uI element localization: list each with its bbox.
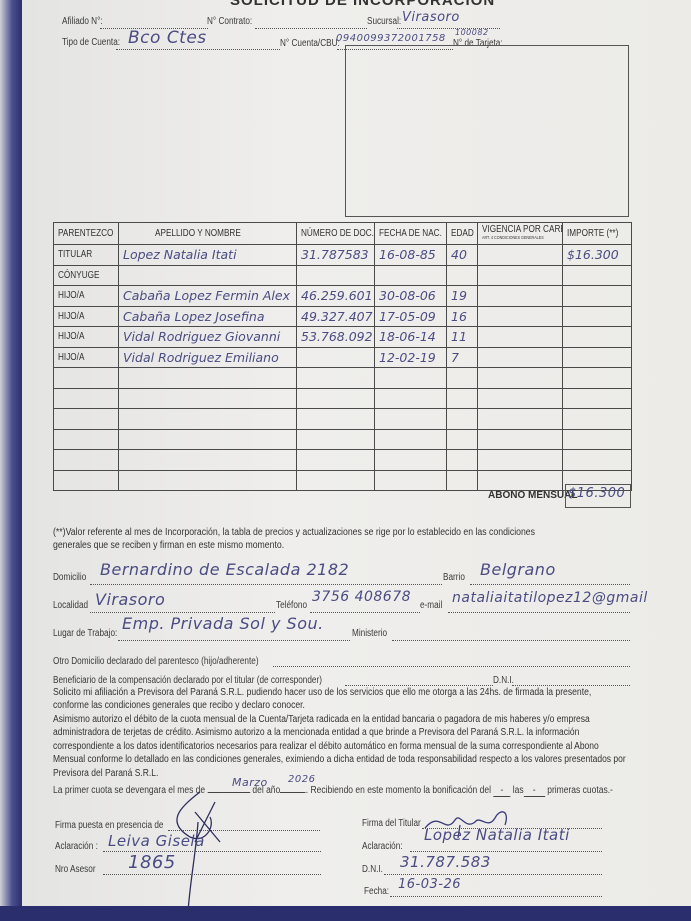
cell-nac[interactable] xyxy=(375,450,447,471)
cell-vigencia[interactable] xyxy=(478,347,563,368)
tipo-cuenta-label: Tipo de Cuenta: xyxy=(62,37,120,48)
localidad-field[interactable] xyxy=(90,612,275,613)
sucursal-value: Virasoro xyxy=(402,10,460,25)
cell-nac[interactable]: 12-02-19 xyxy=(375,347,447,368)
cell-doc[interactable] xyxy=(297,429,375,450)
dni-label: D.N.I. xyxy=(362,864,383,875)
cell-parentezco: HIJO/A xyxy=(54,306,119,327)
localidad-label: Localidad xyxy=(53,600,88,611)
cell-vigencia[interactable] xyxy=(478,306,563,327)
asesor-field[interactable] xyxy=(103,874,321,875)
trabajo-value: Emp. Privada Sol y Sou. xyxy=(122,614,324,633)
cell-edad[interactable]: 16 xyxy=(447,306,478,327)
email-value: nataliaitatilopez12@gmail xyxy=(452,590,648,606)
telefono-value: 3756 408678 xyxy=(312,589,411,605)
table-row: HIJO/ACabaña Lopez Fermin Alex46.259.601… xyxy=(54,286,632,307)
cell-nombre[interactable] xyxy=(119,368,297,389)
asesor-label: Nro Asesor xyxy=(55,864,96,875)
cell-nombre[interactable]: Cabaña Lopez Josefina xyxy=(119,306,297,327)
table-row: CÓNYUGE xyxy=(54,265,632,286)
cuota-text-3: . Recibiendo en este momento la bonifica… xyxy=(306,785,491,796)
col-parentezco: PARENTEZCO xyxy=(54,223,119,245)
cell-doc[interactable]: 46.259.601 xyxy=(297,286,375,307)
col-nombre: APELLIDO Y NOMBRE xyxy=(119,223,297,245)
cuota-text-5: primeras cuotas.- xyxy=(547,785,613,796)
cell-parentezco: HIJO/A xyxy=(54,327,119,348)
cuota-mes-value: Marzo xyxy=(232,776,268,789)
tipo-cuenta-value: Bco Ctes xyxy=(128,28,207,48)
otro-domicilio-label: Otro Domicilio declarado del parentesco … xyxy=(53,656,259,667)
fecha-field[interactable] xyxy=(390,896,602,897)
cell-vigencia[interactable] xyxy=(478,327,563,348)
table-row xyxy=(54,388,632,409)
cuota-anio-field[interactable] xyxy=(280,792,306,793)
cell-parentezco xyxy=(54,388,119,409)
aclaracion2-label: Aclaración: xyxy=(362,841,403,852)
bonificacion-field[interactable]: - xyxy=(493,785,510,797)
table-row: TITULARLopez Natalia Itati31.78758316-08… xyxy=(54,245,632,266)
dni-value: 31.787.583 xyxy=(400,853,491,871)
table-row: HIJO/AVidal Rodriguez Emiliano12-02-197 xyxy=(54,347,632,368)
cell-nac[interactable] xyxy=(375,265,447,286)
cell-doc[interactable]: 31.787583 xyxy=(297,245,375,266)
cell-nombre[interactable] xyxy=(119,409,297,430)
fecha-value: 16-03-26 xyxy=(398,877,461,892)
cell-doc[interactable] xyxy=(297,470,375,491)
cell-doc[interactable] xyxy=(297,388,375,409)
cuota-line: La primer cuota se devengara el mes de d… xyxy=(53,785,613,797)
cell-nombre[interactable]: Cabaña Lopez Fermin Alex xyxy=(119,286,297,307)
asesor-value: 1865 xyxy=(128,852,176,873)
cell-nombre[interactable] xyxy=(119,388,297,409)
contrato-field[interactable] xyxy=(255,28,367,29)
cell-importe[interactable] xyxy=(563,450,632,471)
cell-edad[interactable]: 19 xyxy=(447,286,478,307)
cell-edad[interactable] xyxy=(447,470,478,491)
col-vigencia: VIGENCIA POR CARENCIAART. 4 CONDICIONES … xyxy=(478,223,563,245)
aclaracion2-value: Lopez Natalia Itati xyxy=(424,826,570,844)
cell-edad[interactable] xyxy=(447,450,478,471)
cuota-anio-value: 2026 xyxy=(288,774,315,785)
aclaracion-label: Aclaración : xyxy=(55,841,98,852)
cell-parentezco: HIJO/A xyxy=(54,347,119,368)
cell-edad[interactable] xyxy=(447,409,478,430)
cell-doc[interactable] xyxy=(297,409,375,430)
otro-domicilio-field[interactable] xyxy=(273,666,630,667)
background-surface xyxy=(0,906,691,921)
cell-importe[interactable]: $16.300 xyxy=(563,245,632,266)
dni-field[interactable] xyxy=(384,874,602,875)
cell-importe[interactable] xyxy=(563,347,632,368)
family-table: PARENTEZCO APELLIDO Y NOMBRE NÚMERO DE D… xyxy=(53,222,632,491)
contrato-label: N° Contrato: xyxy=(207,16,252,27)
table-row xyxy=(54,409,632,430)
cell-nombre[interactable] xyxy=(119,265,297,286)
cell-edad[interactable]: 40 xyxy=(447,245,478,266)
cuota-text-4: las xyxy=(513,785,524,796)
table-row: HIJO/AVidal Rodriguez Giovanni53.768.092… xyxy=(54,327,632,348)
cell-edad[interactable] xyxy=(447,429,478,450)
binder-edge xyxy=(0,0,22,921)
telefono-label: Teléfono xyxy=(276,600,307,611)
cuenta-cbu-label: N° Cuenta/CBU: xyxy=(280,38,340,49)
cell-parentezco xyxy=(54,409,119,430)
cell-edad[interactable]: 11 xyxy=(447,327,478,348)
cell-vigencia[interactable] xyxy=(478,245,563,266)
cell-vigencia[interactable] xyxy=(478,429,563,450)
cell-doc[interactable] xyxy=(297,265,375,286)
cell-vigencia[interactable] xyxy=(478,286,563,307)
cuenta-cbu-value: 0940099372001758 xyxy=(336,33,446,44)
titular-signature-label: Firma del Titular xyxy=(362,818,421,829)
cell-importe[interactable] xyxy=(563,286,632,307)
cell-parentezco xyxy=(54,450,119,471)
sucursal-label: Sucursal: xyxy=(367,16,401,27)
col-doc: NÚMERO DE DOC. xyxy=(297,223,375,245)
cell-vigencia[interactable] xyxy=(478,388,563,409)
cell-importe[interactable] xyxy=(563,265,632,286)
cell-doc[interactable] xyxy=(297,450,375,471)
cell-nac[interactable]: 16-08-85 xyxy=(375,245,447,266)
cell-nac[interactable] xyxy=(375,470,447,491)
abono-mensual-value: $16.300 xyxy=(568,486,625,501)
cell-importe[interactable] xyxy=(563,306,632,327)
cell-nac[interactable] xyxy=(375,429,447,450)
cell-nac[interactable]: 17-05-09 xyxy=(375,306,447,327)
email-label: e-mail xyxy=(420,600,442,611)
aclaracion2-field[interactable] xyxy=(410,851,602,852)
cell-parentezco: HIJO/A xyxy=(54,286,119,307)
table-header-row: PARENTEZCO APELLIDO Y NOMBRE NÚMERO DE D… xyxy=(54,223,632,245)
cell-nac[interactable] xyxy=(375,409,447,430)
cell-parentezco xyxy=(54,368,119,389)
cell-doc[interactable] xyxy=(297,368,375,389)
telefono-field[interactable] xyxy=(310,612,420,613)
trabajo-field[interactable] xyxy=(118,640,350,641)
ministerio-field[interactable] xyxy=(392,640,630,641)
cell-nombre[interactable] xyxy=(119,450,297,471)
cell-importe[interactable] xyxy=(563,388,632,409)
domicilio-field[interactable] xyxy=(90,584,442,585)
cell-doc[interactable]: 49.327.407 xyxy=(297,306,375,327)
cell-parentezco: CÓNYUGE xyxy=(54,265,119,286)
cell-nombre[interactable]: Vidal Rodriguez Giovanni xyxy=(119,327,297,348)
col-importe: IMPORTE (**) xyxy=(563,223,632,245)
cell-nac[interactable]: 30-08-06 xyxy=(375,286,447,307)
barrio-value: Belgrano xyxy=(480,560,556,579)
beneficiario-label: Beneficiario de la compensación declarad… xyxy=(53,675,322,686)
cuotas-field[interactable]: - xyxy=(524,785,545,797)
cell-parentezco xyxy=(54,429,119,450)
cell-importe[interactable] xyxy=(563,368,632,389)
table-row xyxy=(54,470,632,491)
fecha-label: Fecha: xyxy=(364,886,389,897)
beneficiario-dni-label: D.N.I. xyxy=(493,675,514,686)
ministerio-label: Ministerio xyxy=(352,628,387,639)
affiliation-text: Solicito mi afiliación a Previsora del P… xyxy=(53,686,626,713)
cell-nac[interactable]: 18-06-14 xyxy=(375,327,447,348)
cell-vigencia[interactable] xyxy=(478,450,563,471)
price-note: (**)Valor referente al mes de Incorporac… xyxy=(53,526,575,553)
col-nac: FECHA DE NAC. xyxy=(375,223,447,245)
cell-parentezco xyxy=(54,470,119,491)
afiliado-label: Afiliado N°: xyxy=(62,16,103,27)
cell-nombre[interactable] xyxy=(119,429,297,450)
cell-doc[interactable]: 53.768.092 xyxy=(297,327,375,348)
trabajo-label: Lugar de Trabajo: xyxy=(53,628,117,639)
cell-vigencia[interactable] xyxy=(478,368,563,389)
cell-importe[interactable] xyxy=(563,429,632,450)
cuenta-cbu-extra: 100082 xyxy=(455,28,489,37)
form-title: SOLICITUD DE INCORPORACIÓN xyxy=(230,0,495,9)
table-row xyxy=(54,429,632,450)
table-row: HIJO/ACabaña Lopez Josefina49.327.40717-… xyxy=(54,306,632,327)
photo-box xyxy=(345,45,629,217)
cell-nombre[interactable]: Vidal Rodriguez Emiliano xyxy=(119,347,297,368)
email-field[interactable] xyxy=(448,612,630,613)
cell-vigencia[interactable] xyxy=(478,265,563,286)
cell-vigencia[interactable] xyxy=(478,409,563,430)
aclaracion-value: Leiva Gisela xyxy=(108,832,205,850)
table-row xyxy=(54,368,632,389)
cell-edad[interactable] xyxy=(447,265,478,286)
cell-importe[interactable] xyxy=(563,327,632,348)
table-row xyxy=(54,450,632,471)
tipo-cuenta-field[interactable] xyxy=(116,49,280,50)
presencia-label: Firma puesta en presencia de xyxy=(55,820,163,831)
cell-nombre[interactable]: Lopez Natalia Itati xyxy=(119,245,297,266)
domicilio-label: Domicilio xyxy=(53,572,86,583)
cell-nac[interactable] xyxy=(375,368,447,389)
col-edad: EDAD xyxy=(447,223,478,245)
localidad-value: Virasoro xyxy=(95,590,165,609)
cell-importe[interactable] xyxy=(563,409,632,430)
cell-edad[interactable] xyxy=(447,368,478,389)
cell-edad[interactable]: 7 xyxy=(447,347,478,368)
cell-vigencia[interactable] xyxy=(478,470,563,491)
domicilio-value: Bernardino de Escalada 2182 xyxy=(100,560,349,579)
debit-authorization-text: Asimismo autorizo el débito de la cuota … xyxy=(53,713,631,780)
cell-doc[interactable] xyxy=(297,347,375,368)
barrio-field[interactable] xyxy=(470,584,630,585)
cell-parentezco: TITULAR xyxy=(54,245,119,266)
cell-edad[interactable] xyxy=(447,388,478,409)
barrio-label: Barrio xyxy=(443,572,465,583)
cell-nac[interactable] xyxy=(375,388,447,409)
cell-nombre[interactable] xyxy=(119,470,297,491)
